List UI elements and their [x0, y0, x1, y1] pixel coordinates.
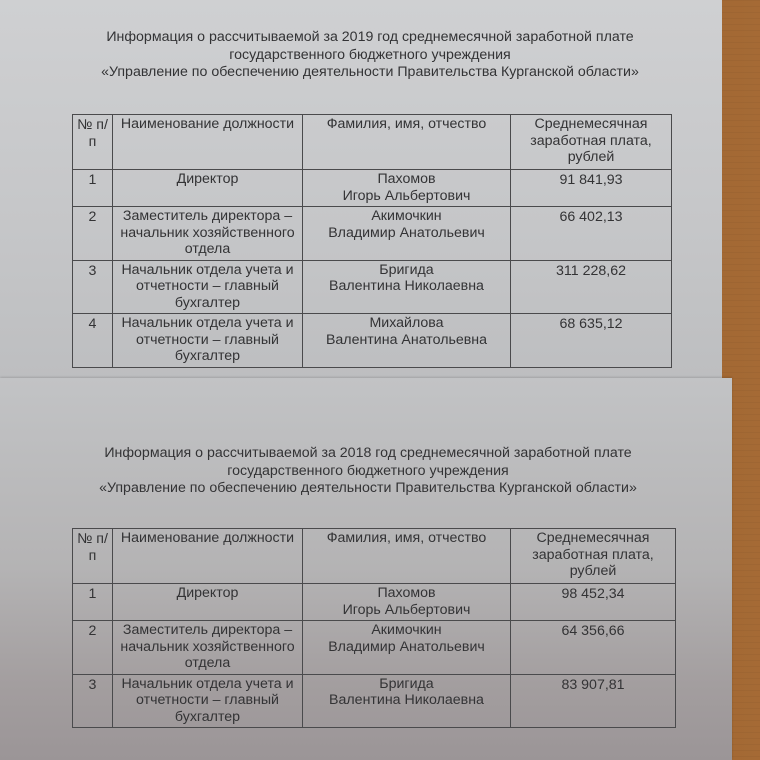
row-position: Заместитель директора – начальник хозяйс… — [113, 207, 303, 261]
title-line: Информация о рассчитываемой за 2018 год … — [0, 445, 738, 463]
surname: Пахомов — [305, 171, 508, 188]
surname: Михайлова — [305, 315, 508, 332]
row-number: 4 — [73, 314, 113, 368]
header-number: № п/п — [73, 529, 113, 584]
document-sheet-2019: Информация о рассчитываемой за 2019 год … — [0, 0, 722, 380]
surname: Акимочкин — [305, 622, 508, 639]
given-names: Валентина Анатольевна — [305, 332, 508, 349]
row-salary: 311 228,62 — [511, 260, 672, 314]
title-line: Информация о рассчитываемой за 2019 год … — [0, 29, 740, 47]
row-position: Начальник отдела учета и отчетности – гл… — [113, 314, 303, 368]
row-full-name: ПахомовИгорь Альбертович — [303, 170, 511, 207]
row-full-name: АкимочкинВладимир Анатольевич — [303, 207, 511, 261]
salary-table-2019: № п/п Наименование должности Фамилия, им… — [72, 114, 672, 368]
given-names: Валентина Николаевна — [305, 692, 508, 709]
table-row: 3Начальник отдела учета и отчетности – г… — [73, 260, 672, 314]
row-position: Заместитель директора – начальник хозяйс… — [113, 621, 303, 675]
row-full-name: БригидаВалентина Николаевна — [303, 674, 511, 728]
table-header-row: № п/п Наименование должности Фамилия, им… — [73, 529, 676, 584]
row-full-name: МихайловаВалентина Анатольевна — [303, 314, 511, 368]
row-salary: 83 907,81 — [511, 674, 676, 728]
surname: Акимочкин — [305, 208, 508, 225]
header-salary: Среднемесячная заработная плата, рублей — [511, 529, 676, 584]
title-line: государственного бюджетного учреждения — [0, 47, 740, 65]
row-number: 2 — [73, 207, 113, 261]
table-row: 1ДиректорПахомовИгорь Альбертович98 452,… — [73, 584, 676, 621]
header-position: Наименование должности — [113, 115, 303, 170]
row-salary: 68 635,12 — [511, 314, 672, 368]
row-number: 3 — [73, 674, 113, 728]
row-salary: 91 841,93 — [511, 170, 672, 207]
row-full-name: АкимочкинВладимир Анатольевич — [303, 621, 511, 675]
header-position: Наименование должности — [113, 529, 303, 584]
table-body: 1ДиректорПахомовИгорь Альбертович98 452,… — [73, 584, 676, 728]
given-names: Игорь Альбертович — [305, 188, 508, 205]
row-number: 1 — [73, 170, 113, 207]
row-number: 2 — [73, 621, 113, 675]
row-salary: 98 452,34 — [511, 584, 676, 621]
table-header-row: № п/п Наименование должности Фамилия, им… — [73, 115, 672, 170]
header-number: № п/п — [73, 115, 113, 170]
row-full-name: ПахомовИгорь Альбертович — [303, 584, 511, 621]
title-line: «Управление по обеспечению деятельности … — [0, 480, 738, 498]
table-body: 1ДиректорПахомовИгорь Альбертович91 841,… — [73, 170, 672, 368]
title-line: «Управление по обеспечению деятельности … — [0, 64, 740, 82]
document-title-2018: Информация о рассчитываемой за 2018 год … — [0, 445, 738, 498]
table-row: 4Начальник отдела учета и отчетности – г… — [73, 314, 672, 368]
given-names: Владимир Анатольевич — [305, 639, 508, 656]
row-position: Начальник отдела учета и отчетности – гл… — [113, 674, 303, 728]
row-number: 3 — [73, 260, 113, 314]
header-salary: Среднемесячная заработная плата, рублей — [511, 115, 672, 170]
document-sheet-2018: Информация о рассчитываемой за 2018 год … — [0, 378, 732, 760]
row-position: Директор — [113, 170, 303, 207]
given-names: Игорь Альбертович — [305, 602, 508, 619]
row-salary: 66 402,13 — [511, 207, 672, 261]
title-line: государственного бюджетного учреждения — [0, 463, 738, 481]
row-number: 1 — [73, 584, 113, 621]
given-names: Владимир Анатольевич — [305, 225, 508, 242]
document-title-2019: Информация о рассчитываемой за 2019 год … — [0, 29, 740, 82]
table-row: 2Заместитель директора – начальник хозяй… — [73, 621, 676, 675]
header-full-name: Фамилия, имя, отчество — [303, 529, 511, 584]
surname: Пахомов — [305, 585, 508, 602]
surname: Бригида — [305, 262, 508, 279]
row-position: Начальник отдела учета и отчетности – гл… — [113, 260, 303, 314]
salary-table-2018: № п/п Наименование должности Фамилия, им… — [72, 528, 676, 728]
row-position: Директор — [113, 584, 303, 621]
header-full-name: Фамилия, имя, отчество — [303, 115, 511, 170]
row-salary: 64 356,66 — [511, 621, 676, 675]
surname: Бригида — [305, 676, 508, 693]
row-full-name: БригидаВалентина Николаевна — [303, 260, 511, 314]
table-row: 1ДиректорПахомовИгорь Альбертович91 841,… — [73, 170, 672, 207]
given-names: Валентина Николаевна — [305, 278, 508, 295]
table-row: 3Начальник отдела учета и отчетности – г… — [73, 674, 676, 728]
table-row: 2Заместитель директора – начальник хозяй… — [73, 207, 672, 261]
